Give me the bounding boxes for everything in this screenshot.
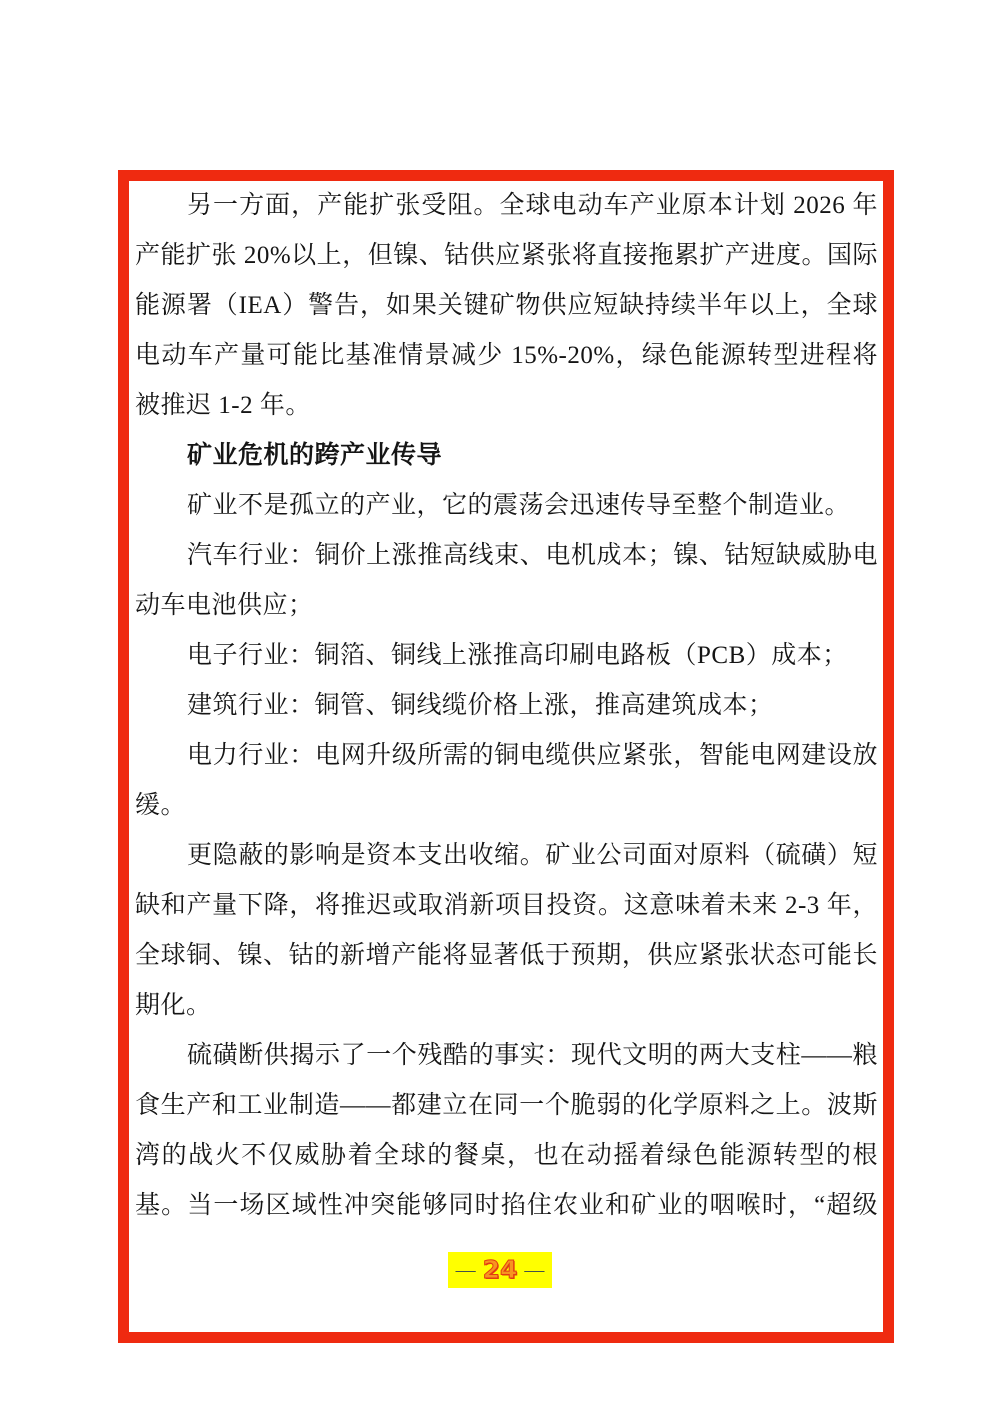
page-number: 24 — [483, 1252, 518, 1288]
text-line: 电动车产量可能比基准情景减少 15%-20%，绿色能源转型进程将 — [135, 331, 878, 381]
text-line: 矿业危机的跨产业传导 — [135, 431, 878, 481]
body-text-block: 另一方面，产能扩张受阻。全球电动车产业原本计划 2026 年产能扩张 20%以上… — [135, 181, 878, 1231]
text-line: 缓。 — [135, 781, 878, 831]
text-line: 电子行业：铜箔、铜线上涨推高印刷电路板（PCB）成本； — [135, 631, 878, 681]
text-line: 缺和产量下降，将推迟或取消新项目投资。这意味着未来 2-3 年， — [135, 881, 878, 931]
text-line: 另一方面，产能扩张受阻。全球电动车产业原本计划 2026 年 — [135, 181, 878, 231]
text-line: 动车电池供应； — [135, 581, 878, 631]
text-line: 汽车行业：铜价上涨推高线束、电机成本；镍、钴短缺威胁电 — [135, 531, 878, 581]
text-line: 食生产和工业制造——都建立在同一个脆弱的化学原料之上。波斯 — [135, 1081, 878, 1131]
page-border-frame: 另一方面，产能扩张受阻。全球电动车产业原本计划 2026 年产能扩张 20%以上… — [118, 170, 894, 1343]
text-line: 基。当一场区域性冲突能够同时掐住农业和矿业的咽喉时，“超级 — [135, 1181, 878, 1231]
text-line: 建筑行业：铜管、铜线缆价格上涨，推高建筑成本； — [135, 681, 878, 731]
text-line: 全球铜、镍、钴的新增产能将显著低于预期，供应紧张状态可能长 — [135, 931, 878, 981]
page-number-highlight: — 24 — — [448, 1252, 553, 1288]
text-line: 能源署（IEA）警告，如果关键矿物供应短缺持续半年以上，全球 — [135, 281, 878, 331]
text-line: 矿业不是孤立的产业，它的震荡会迅速传导至整个制造业。 — [135, 481, 878, 531]
text-line: 电力行业：电网升级所需的铜电缆供应紧张，智能电网建设放 — [135, 731, 878, 781]
text-line: 硫磺断供揭示了一个残酷的事实：现代文明的两大支柱——粮 — [135, 1031, 878, 1081]
text-line: 被推迟 1-2 年。 — [135, 381, 878, 431]
text-line: 湾的战火不仅威胁着全球的餐桌，也在动摇着绿色能源转型的根 — [135, 1131, 878, 1181]
text-line: 产能扩张 20%以上，但镍、钴供应紧张将直接拖累扩产进度。国际 — [135, 231, 878, 281]
text-line: 期化。 — [135, 981, 878, 1031]
page-footer: — 24 — — [0, 1252, 1000, 1288]
text-line: 更隐蔽的影响是资本支出收缩。矿业公司面对原料（硫磺）短 — [135, 831, 878, 881]
footer-dash-left: — — [456, 1252, 476, 1288]
footer-dash-right: — — [524, 1252, 544, 1288]
